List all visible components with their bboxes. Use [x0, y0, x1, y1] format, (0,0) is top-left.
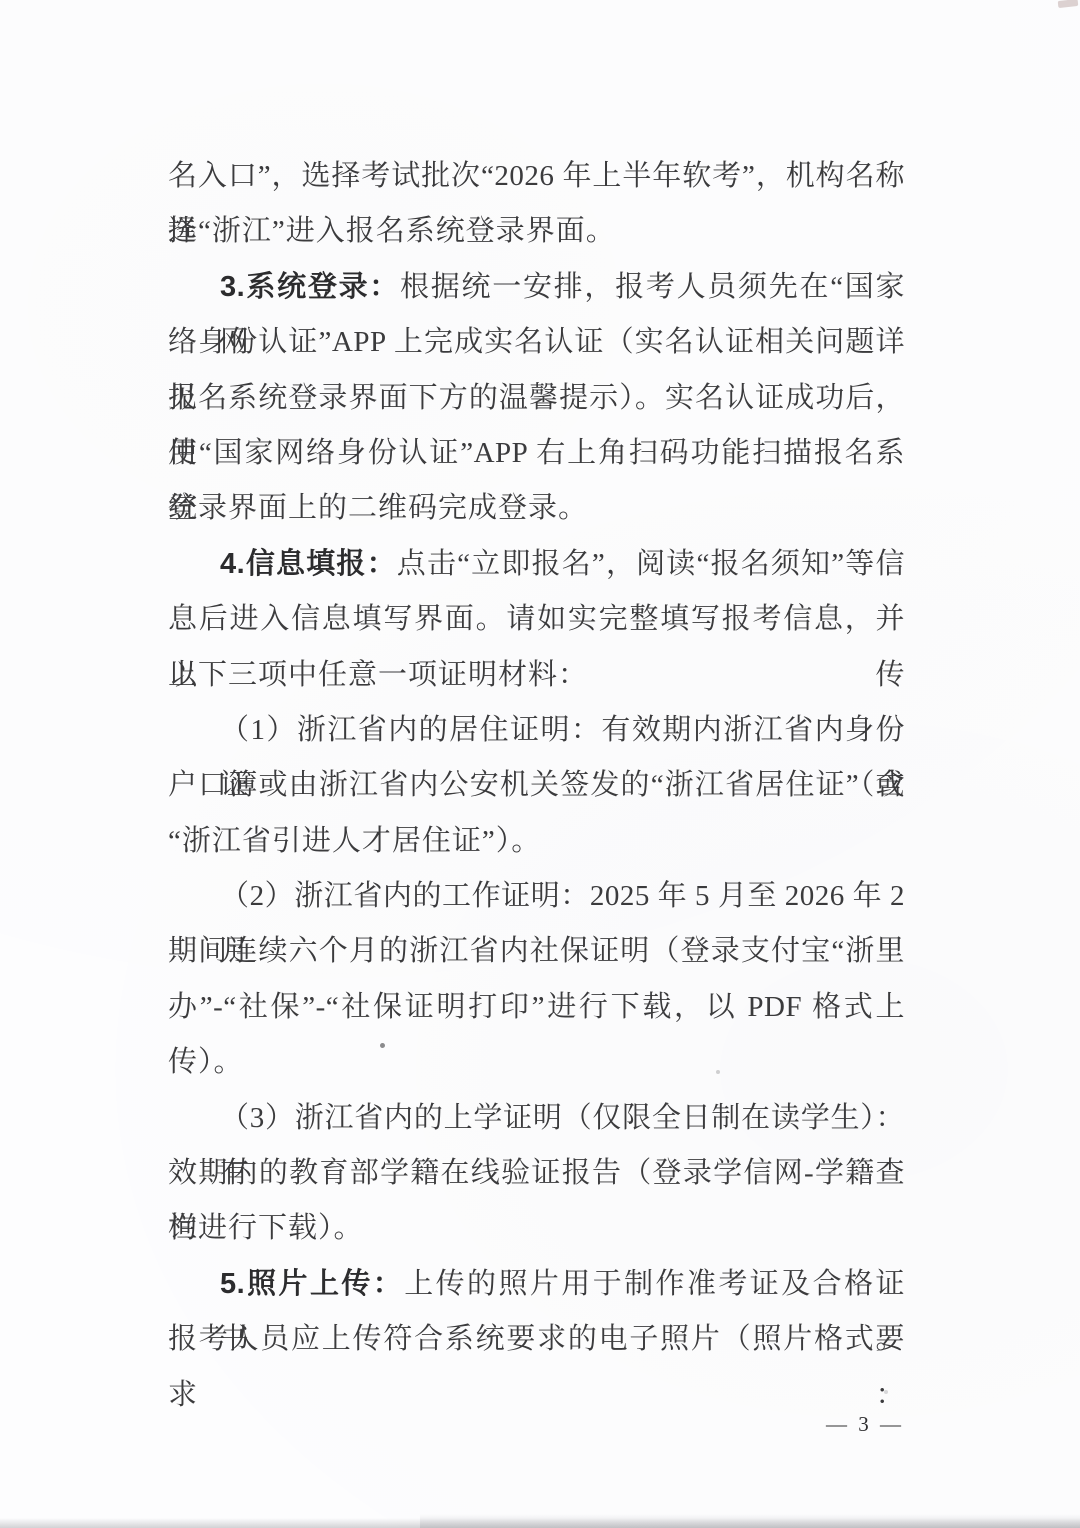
text-run: 栏进行下载）。 [168, 1212, 364, 1244]
scanned-document-page: 名入口”，选择考试批次“2026 年上半年软考”，机构名称选择“浙江”进入报名系… [0, 0, 1080, 1528]
text-line: （3）浙江省内的上学证明（仅限全日制在读学生）：有 [168, 1091, 905, 1146]
text-run: 择“浙江”进入报名系统登录界面。 [168, 215, 616, 247]
text-line: “浙江省引进人才居住证”）。 [168, 814, 905, 869]
section-heading: 3.系统登录： [220, 271, 400, 303]
text-line: 报考人员应上传符合系统要求的电子照片（照片格式要求： [168, 1312, 905, 1367]
text-line: 息后进入信息填写界面。请如实完整填写报考信息，并上传 [168, 592, 905, 647]
text-line: 户口簿或由浙江省内公安机关签发的“浙江省居住证”（含 [168, 758, 905, 813]
text-run: 传）。 [168, 1046, 244, 1078]
text-line: 名入口”，选择考试批次“2026 年上半年软考”，机构名称选 [168, 149, 905, 204]
text-line: 3.系统登录：根据统一安排，报考人员须先在“国家网 [168, 260, 905, 315]
text-line: 用“国家网络身份认证”APP 右上角扫码功能扫描报名系统 [168, 426, 905, 481]
text-run: 点击“立即报名”，阅读“报名须知”等信 [397, 548, 905, 580]
page-number: — 3 — [826, 1412, 904, 1437]
text-line: （2）浙江省内的工作证明：2025 年 5 月至 2026 年 2 月 [168, 869, 905, 924]
text-run: 期间连续六个月的浙江省内社保证明（登录支付宝“浙里 [168, 935, 905, 967]
text-line: 效期内的教育部学籍在线验证报告（登录学信网-学籍查询 [168, 1146, 905, 1201]
text-line: 择“浙江”进入报名系统登录界面。 [168, 204, 905, 259]
section-heading: 4.信息填报： [220, 548, 397, 580]
scan-artifact-top-right [1058, 0, 1079, 8]
section-heading: 5.照片上传： [220, 1268, 404, 1300]
text-run: 户口簿或由浙江省内公安机关签发的“浙江省居住证”（含 [168, 769, 905, 801]
text-run: 报考人员应上传符合系统要求的电子照片（照片格式要求： [168, 1323, 905, 1410]
text-line: 办”-“社保”-“社保证明打印”进行下载，以 PDF 格式上 [168, 980, 905, 1035]
text-line: 登录界面上的二维码完成登录。 [168, 481, 905, 536]
text-run: 登录界面上的二维码完成登录。 [168, 492, 588, 524]
text-line: 传）。 [168, 1035, 905, 1090]
text-line: 栏进行下载）。 [168, 1201, 905, 1256]
text-line: 报名系统登录界面下方的温馨提示）。实名认证成功后，使 [168, 371, 905, 426]
scan-edge-shadow [420, 1514, 1080, 1528]
text-run: 以下三项中任意一项证明材料： [168, 659, 588, 691]
text-line: 5.照片上传：上传的照片用于制作准考证及合格证书。 [168, 1257, 905, 1312]
text-line: （1）浙江省内的居住证明：有效期内浙江省内身份证或 [168, 703, 905, 758]
text-run: 办”-“社保”-“社保证明打印”进行下载，以 PDF 格式上 [168, 991, 905, 1023]
text-line: 络身份认证”APP 上完成实名认证（实名认证相关问题详见 [168, 315, 905, 370]
text-line: 4.信息填报：点击“立即报名”，阅读“报名须知”等信 [168, 537, 905, 592]
document-body: 名入口”，选择考试批次“2026 年上半年软考”，机构名称选择“浙江”进入报名系… [168, 149, 905, 1368]
text-run: “浙江省引进人才居住证”）。 [168, 825, 541, 857]
text-line: 期间连续六个月的浙江省内社保证明（登录支付宝“浙里 [168, 924, 905, 979]
